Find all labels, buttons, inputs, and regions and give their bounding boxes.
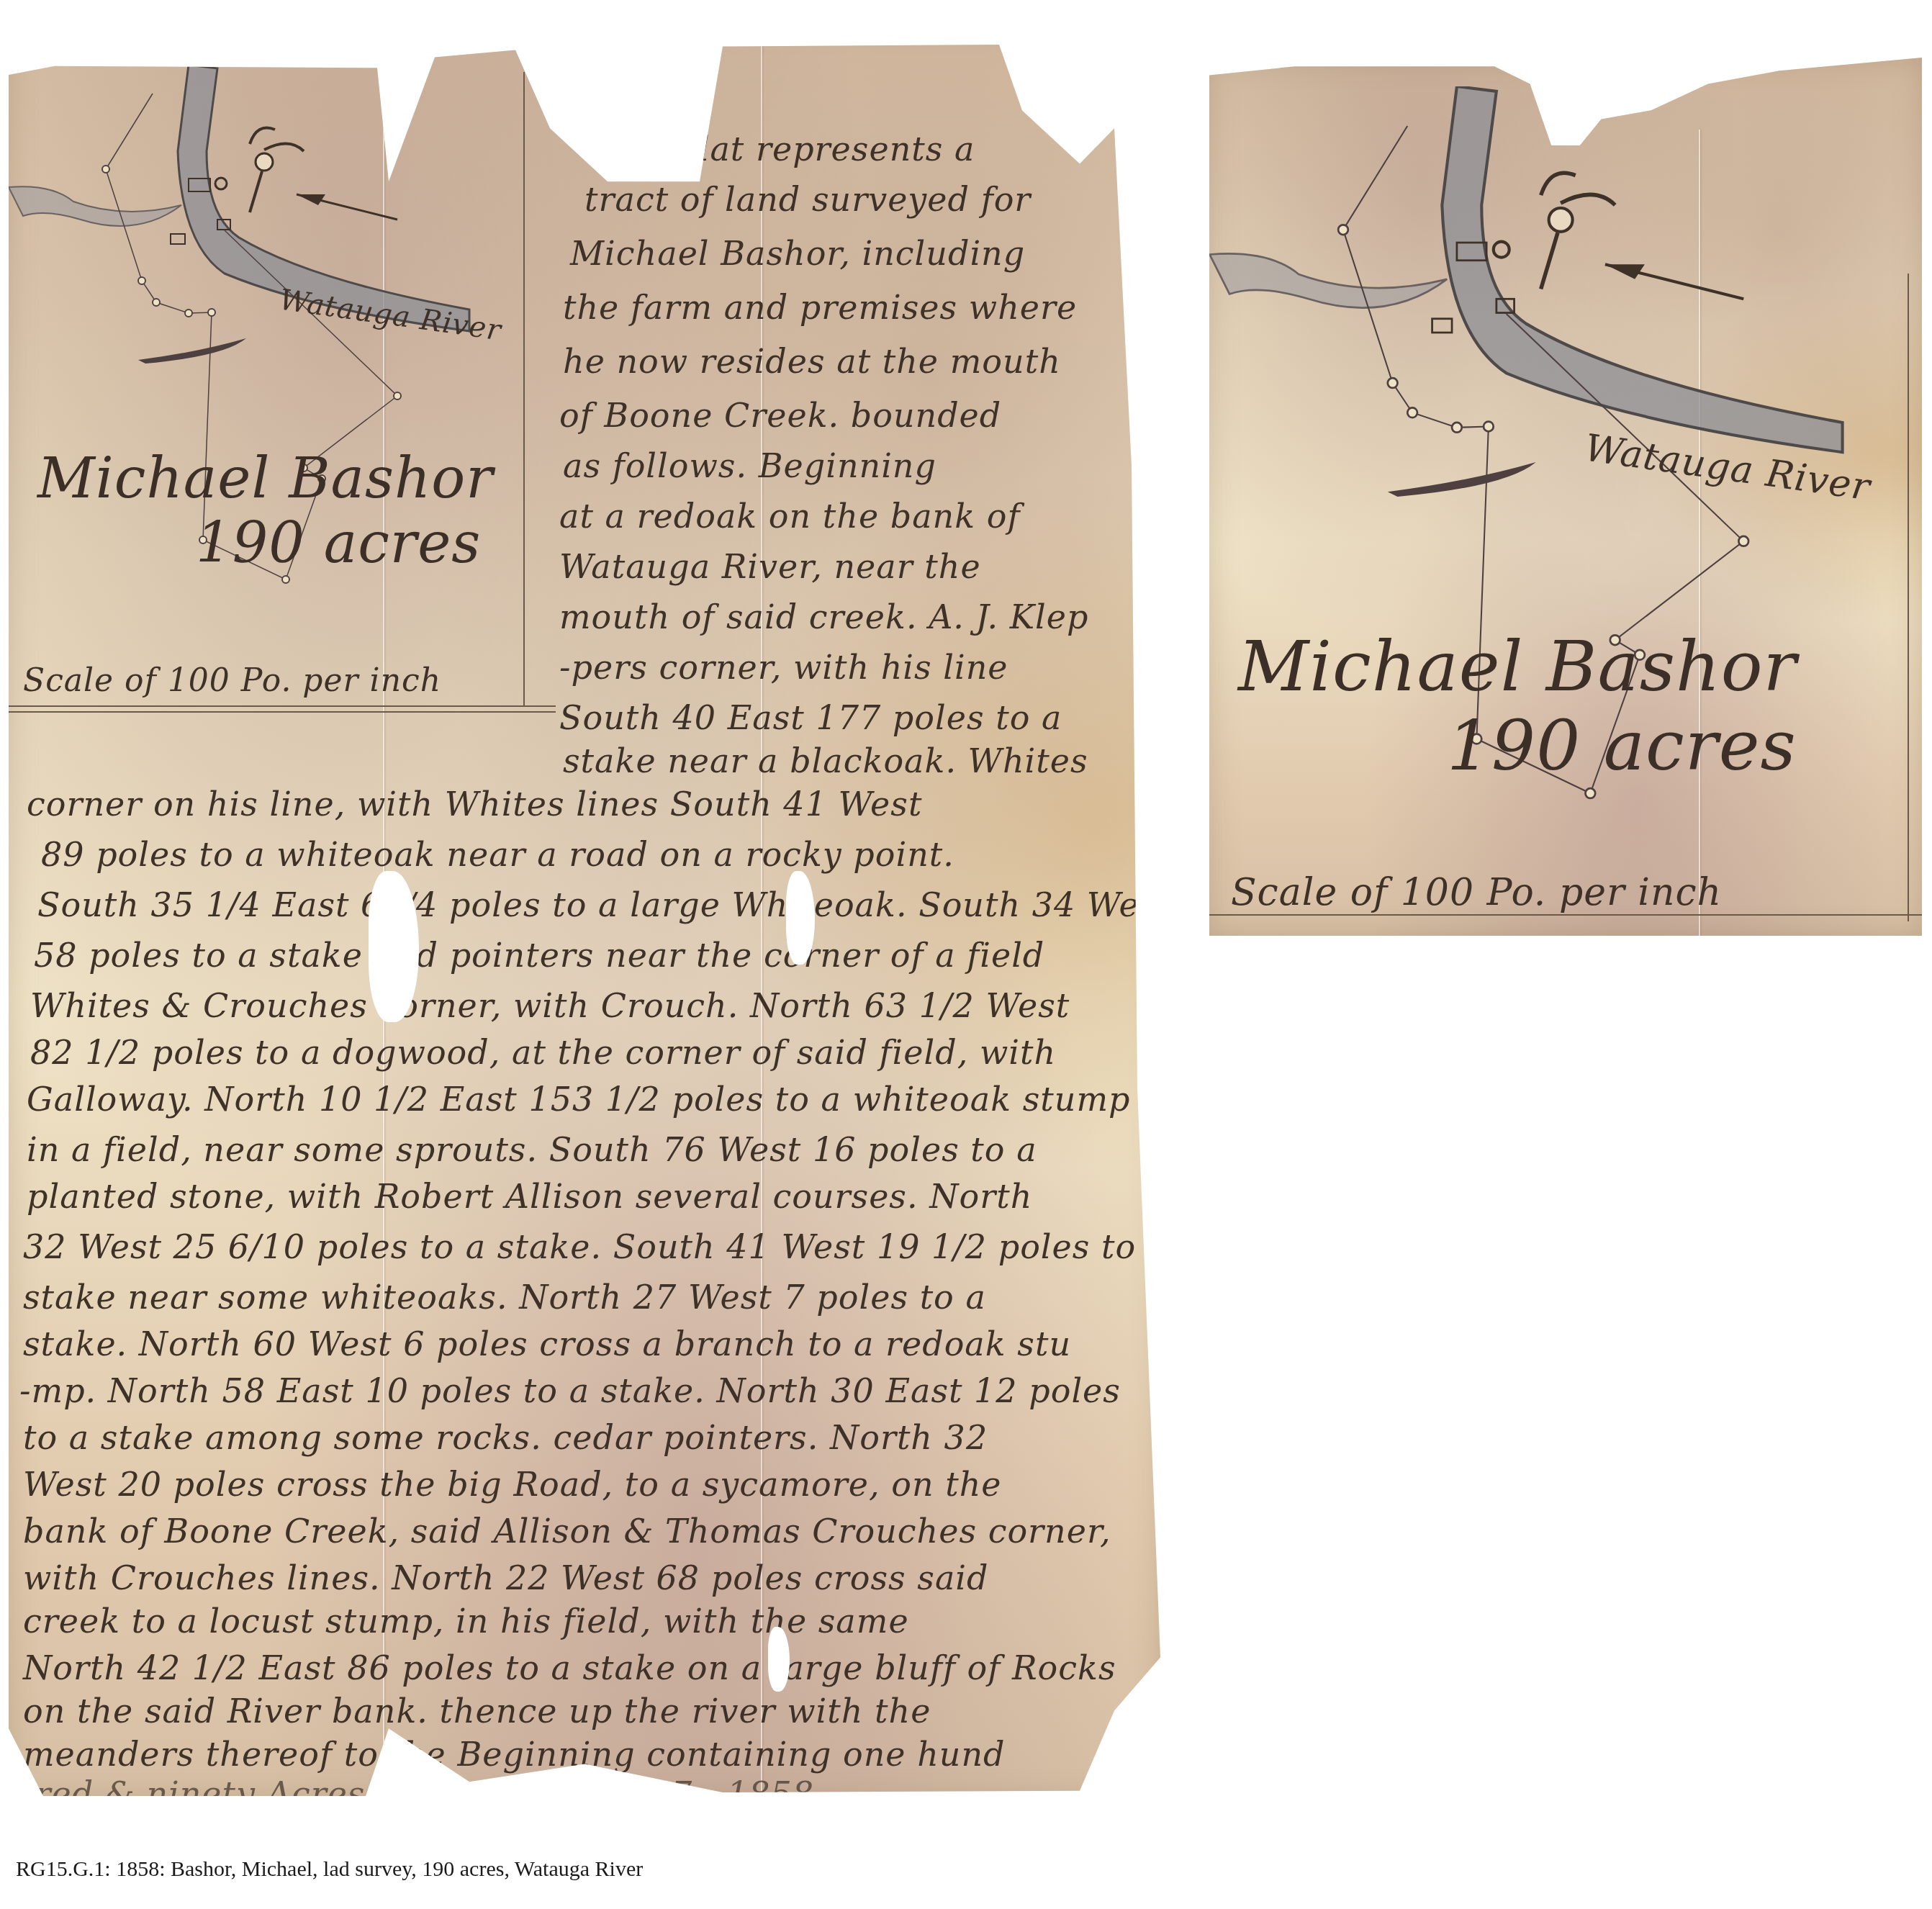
plat-acreage: 190 acres (196, 511, 481, 576)
body-line: South 35 1/4 East 63/4 poles to a large … (37, 885, 1171, 924)
plat-scale-note: Scale of 100 Po. per inch (23, 662, 441, 699)
body-line: North 42 1/2 East 86 poles to a stake on… (23, 1648, 1116, 1687)
description-line: tract of land surveyed for (584, 180, 1031, 219)
body-line: 32 West 25 6/10 poles to a stake. South … (23, 1227, 1168, 1266)
body-line: meanders thereof to the Beginning contai… (23, 1735, 1006, 1774)
description-line: the farm and premises where (563, 288, 1077, 327)
description-line: Michael Bashor, including (570, 234, 1025, 273)
paper-hole (786, 871, 815, 965)
body-line: 58 poles to a stake and pointers near th… (34, 936, 1044, 975)
body-line: Galloway. North 10 1/2 East 153 1/2 pole… (27, 1080, 1130, 1119)
body-line: 89 poles to a whiteoak near a road on a … (41, 835, 954, 874)
description-line: he now resides at the mouth (563, 342, 1061, 381)
body-line: planted stone, with Robert Allison sever… (27, 1177, 1032, 1216)
inset-acreage: 190 acres (1447, 705, 1797, 786)
description-line: This plat represents a (592, 130, 975, 168)
house-icon (1432, 319, 1452, 333)
archive-caption: RG15.G.1: 1858: Bashor, Michael, lad sur… (16, 1857, 643, 1882)
survey-plat-map (9, 65, 527, 698)
inset-owner-name: Michael Bashor (1238, 626, 1797, 707)
paper-hole (768, 1627, 790, 1692)
body-line: bank of Boone Creek, said Allison & Thom… (23, 1512, 1111, 1551)
body-line: on the said River bank. thence up the ri… (23, 1692, 931, 1730)
beginning-corner-marker (1494, 242, 1509, 258)
house-icon (171, 234, 185, 244)
boone-creek-shape (1210, 253, 1448, 307)
description-line: South 40 East 177 poles to a (559, 698, 1062, 737)
flow-arrow-icon (297, 194, 325, 205)
map-frame-bottom-rule (9, 705, 556, 707)
survey-document-page: Watauga River Michael Bashor 190 acres S… (9, 22, 1160, 1800)
body-line: -red & ninety Acres. Surveyed Feb. 17 - … (23, 1774, 814, 1813)
body-line: corner on his line, with Whites lines So… (27, 785, 922, 823)
body-line: stake. North 60 West 6 poles cross a bra… (23, 1324, 1071, 1363)
body-line: to a stake among some rocks. cedar point… (23, 1418, 988, 1457)
body-line: -mp. North 58 East 10 poles to a stake. … (19, 1371, 1121, 1410)
body-line: with Crouches lines. North 22 West 68 po… (23, 1558, 989, 1597)
inset-scale-note: Scale of 100 Po. per inch (1231, 871, 1722, 914)
map-inset-enlargement: Watauga River Michael Bashor 190 acres S… (1209, 58, 1922, 936)
map-frame-bottom-rule-2 (9, 711, 556, 713)
body-line: stake near some whiteoaks. North 27 West… (23, 1278, 986, 1317)
description-line: stake near a blackoak. Whites (563, 741, 1088, 780)
signature-line: CC) Tho. Galloway & D -By E. Murray, D.S… (23, 1814, 710, 1847)
body-line: 82 1/2 poles to a dogwood, at the corner… (30, 1033, 1056, 1072)
inset-frame-bottom-rule (1209, 914, 1922, 916)
description-line: mouth of said creek. A. J. Klep (559, 597, 1088, 636)
beginning-corner-marker (215, 178, 227, 189)
flow-arrow-icon (1605, 264, 1645, 279)
body-line: Whites & Crouches corner, with Crouch. N… (30, 986, 1070, 1025)
description-line: of Boone Creek. bounded (559, 396, 1001, 435)
description-line: at a redoak on the bank of (559, 497, 1020, 536)
plat-owner-name: Michael Bashor (37, 446, 493, 511)
description-line: Watauga River, near the (559, 547, 981, 586)
description-line: -pers corner, with his line (559, 648, 1008, 687)
watauga-river-shape (1442, 86, 1842, 452)
boone-creek-shape (9, 186, 181, 226)
body-line: in a field, near some sprouts. South 76 … (27, 1130, 1037, 1169)
description-line: as follows. Beginning (563, 446, 936, 485)
body-line: West 20 poles cross the big Road, to a s… (23, 1465, 1002, 1504)
